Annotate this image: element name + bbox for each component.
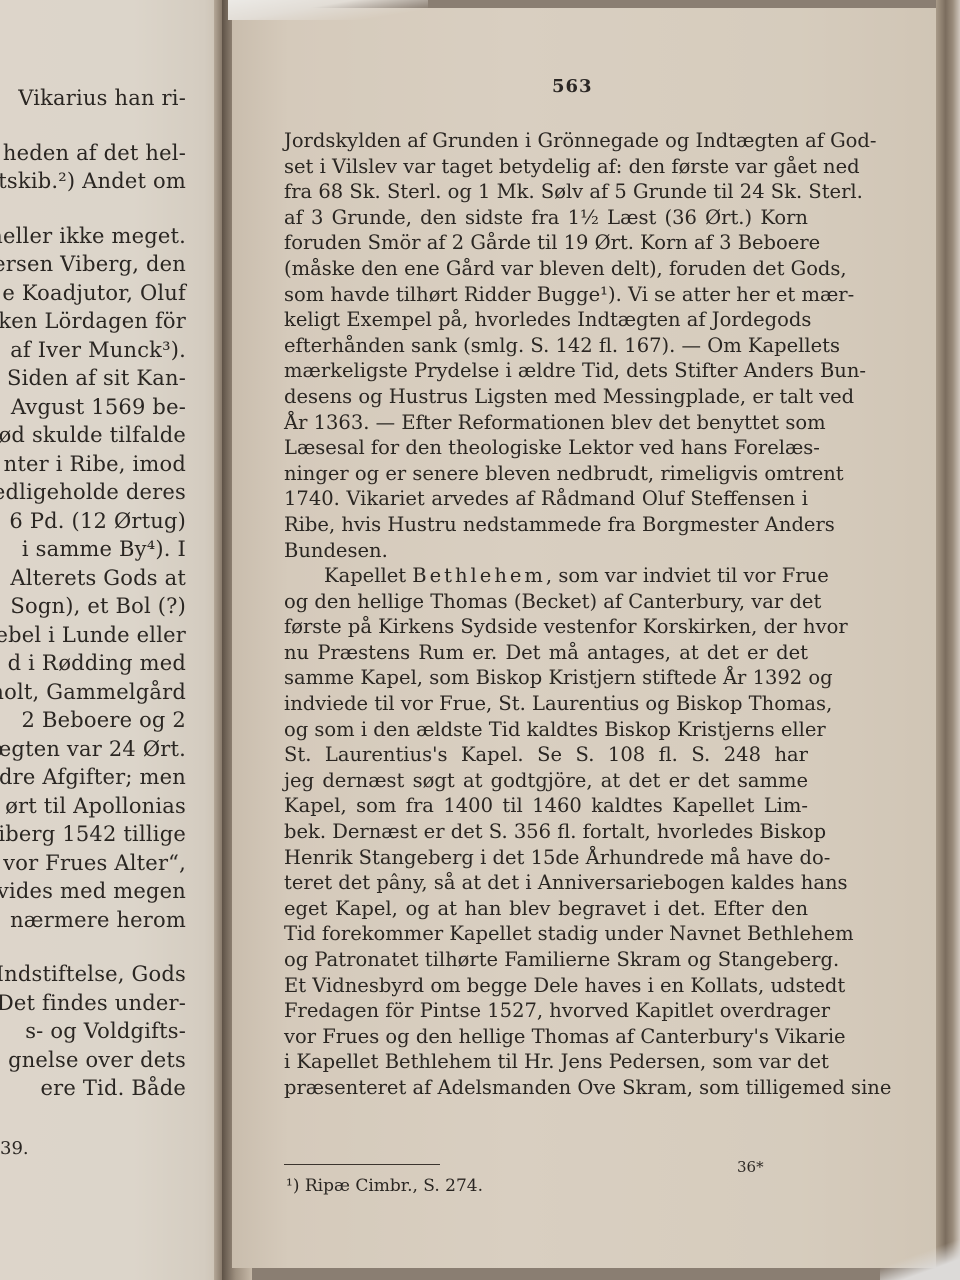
signature-mark: 36* [737, 1158, 764, 1176]
text-line: Avgust 1569 be- [0, 393, 186, 422]
line-gap [0, 934, 186, 960]
text-line: nu Præstens Rum er. Det må antages, at d… [284, 640, 808, 666]
text-line: samme Kapel, som Biskop Kristjern stifte… [284, 665, 808, 691]
text-line: Bundesen. [284, 538, 808, 564]
text-line: tskib.²) Andet om [0, 167, 186, 196]
text-line: desens og Hustrus Ligsten med Messingpla… [284, 384, 808, 410]
text-line: Ribe, hvis Hustru nedstammede fra Borgme… [284, 512, 808, 538]
text-line: År 1363. — Efter Reformationen blev det … [284, 410, 808, 436]
text-line: vides med megen [0, 877, 186, 906]
text-line: Henrik Stangeberg i det 15de Århundrede … [284, 845, 808, 871]
text-line: indviede til vor Frue, St. Laurentius og… [284, 691, 808, 717]
text-line: eget Kapel, og at han blev begravet i de… [284, 896, 808, 922]
text-line: gnelse over dets [0, 1046, 186, 1075]
text-line: ken Lördagen för [0, 307, 186, 336]
left-page-footnote-fragment: 39. [0, 1138, 29, 1159]
text-line: 1740. Vikariet arvedes af Rådmand Oluf S… [284, 486, 808, 512]
right-page-edge [936, 0, 960, 1280]
right-page-text: Jordskylden af Grunden i Grönnegade og I… [284, 128, 808, 1101]
text-line: dre Afgifter; men [0, 763, 186, 792]
text-line: Alterets Gods at [0, 564, 186, 593]
text-line: (måske den ene Gård var bleven delt), fo… [284, 256, 808, 282]
text-line: i samme By⁴). I [0, 535, 186, 564]
text-line: fra 68 Sk. Sterl. og 1 Mk. Sølv af 5 Gru… [284, 179, 808, 205]
text-line: teret det pâny, så at det i Anniversarie… [284, 870, 808, 896]
text-line: første på Kirkens Sydside vestenfor Kors… [284, 614, 808, 640]
footnote: ¹) Ripæ Cimbr., S. 274. [286, 1176, 483, 1196]
text-line: Kapel, som fra 1400 til 1460 kaldtes Kap… [284, 793, 808, 819]
text-line: foruden Smör af 2 Gårde til 19 Ørt. Korn… [284, 230, 808, 256]
text-line: bek. Dernæst er det S. 356 fl. fortalt, … [284, 819, 808, 845]
text-line: og Patronatet tilhørte Familierne Skram … [284, 947, 808, 973]
text-line: og som i den ældste Tid kaldtes Biskop K… [284, 717, 808, 743]
text-line: ørt til Apollonias [0, 792, 186, 821]
text-line: af Iver Munck³). [0, 336, 186, 365]
text-line: som havde tilhørt Ridder Bugge¹). Vi se … [284, 282, 808, 308]
text-line: holt, Gammelgård [0, 678, 186, 707]
text-line: efterhånden sank (smlg. S. 142 fl. 167).… [284, 333, 808, 359]
text-line: vor Frues og den hellige Thomas af Cante… [284, 1024, 808, 1050]
text-line: vor Frues Alter“, [0, 849, 186, 878]
text-line: e Koadjutor, Oluf [0, 279, 186, 308]
text-line: ebel i Lunde eller [0, 621, 186, 650]
paragraph-1: Jordskylden af Grunden i Grönnegade og I… [284, 128, 808, 563]
page-number: 563 [552, 76, 593, 97]
text-line: Tid forekommer Kapellet stadig under Nav… [284, 921, 808, 947]
text-line: af 3 Grunde, den sidste fra 1½ Læst (36 … [284, 205, 808, 231]
text-line: nærmere herom [0, 906, 186, 935]
footnote-text: Ripæ Cimbr., S. 274. [305, 1176, 483, 1196]
text-line: Det findes under- [0, 989, 186, 1018]
book-photo: Vikarius han ri- heden af det hel- tskib… [0, 0, 960, 1280]
paragraph-lead-word: Kapellet [324, 564, 406, 587]
text-line: vedligeholde deres [0, 478, 186, 507]
text-line: 2 Beboere og 2 [0, 706, 186, 735]
text-line: s- og Voldgifts- [0, 1017, 186, 1046]
text-line: iberg 1542 tillige [0, 820, 186, 849]
text-line: Sogn), et Bol (?) [0, 592, 186, 621]
text-line: Vikarius han ri- [0, 84, 186, 113]
text-line: jeg dernæst søgt at godtgjöre, at det er… [284, 768, 808, 794]
text-line: tægten var 24 Ørt. [0, 735, 186, 764]
text-line: Jordskylden af Grunden i Grönnegade og I… [284, 128, 808, 154]
text-line: og den hellige Thomas (Becket) af Canter… [284, 589, 808, 615]
text-line: heller ikke meget. [0, 222, 186, 251]
text-line: heden af det hel- [0, 139, 186, 168]
text-line: ninger og er senere bleven nedbrudt, rim… [284, 461, 808, 487]
text-line: i Kapellet Bethlehem til Hr. Jens Peders… [284, 1049, 808, 1075]
left-page: Vikarius han ri- heden af det hel- tskib… [0, 0, 222, 1280]
text-line: d i Rødding med [0, 649, 186, 678]
text-line: Siden af sit Kan- [0, 364, 186, 393]
text-line: 6 Pd. (12 Ørtug) [0, 507, 186, 536]
text-line: Fredagen för Pintse 1527, hvorved Kapitl… [284, 998, 808, 1024]
text-line: ersen Viberg, den [0, 250, 186, 279]
chapel-name: Bethlehem [412, 564, 546, 587]
text-line: ød skulde tilfalde [0, 421, 186, 450]
line-gap [0, 196, 186, 222]
footnote-divider [284, 1164, 440, 1165]
paragraph-2: Kapellet Bethlehem, som var indviet til … [284, 563, 808, 1100]
text-line: Indstiftelse, Gods [0, 960, 186, 989]
text-line: Læsesal for den theologiske Lektor ved h… [284, 435, 808, 461]
text-line: ere Tid. Både [0, 1074, 186, 1103]
text-line: nter i Ribe, imod [0, 450, 186, 479]
footnote-marker: ¹) [286, 1176, 299, 1196]
background-light [228, 0, 428, 20]
background-light [880, 1240, 960, 1280]
text-line: set i Vilslev var taget betydelig af: de… [284, 154, 808, 180]
line-gap [0, 113, 186, 139]
text-line: mærkeligste Prydelse i ældre Tid, dets S… [284, 358, 808, 384]
text-line: Kapellet Bethlehem, som var indviet til … [284, 563, 808, 589]
text-line: St. Laurentius's Kapel. Se S. 108 fl. S.… [284, 742, 808, 768]
text-fragment: , som var indviet til vor Frue [546, 564, 829, 587]
text-line: Et Vidnesbyrd om begge Dele haves i en K… [284, 973, 808, 999]
left-page-text: Vikarius han ri- heden af det hel- tskib… [0, 84, 186, 1103]
text-line: keligt Exempel på, hvorledes Indtægten a… [284, 307, 808, 333]
text-line: præsenteret af Adelsmanden Ove Skram, so… [284, 1075, 808, 1101]
